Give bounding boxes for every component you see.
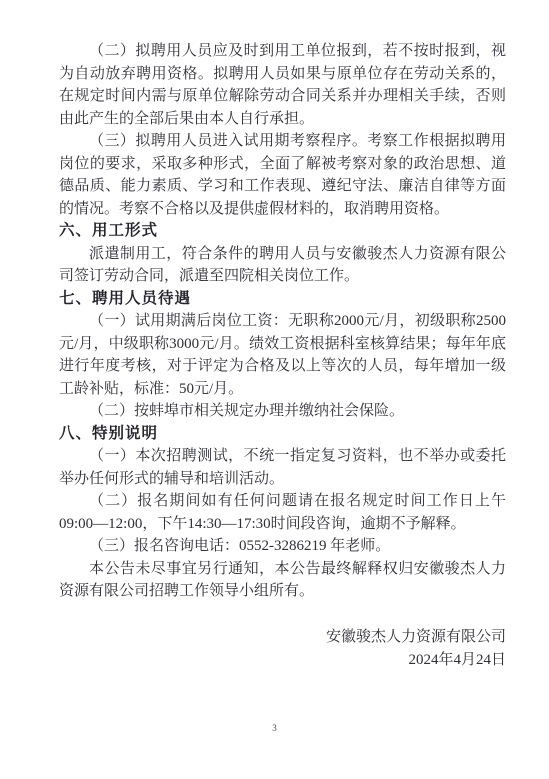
paragraph-dispatch-employment: 派遣制用工，符合条件的聘用人员与安徽骏杰人力资源有限公司签订劳动合同，派遣至四院… — [59, 243, 506, 288]
signature-block: 安徽骏杰人力资源有限公司 2024年4月24日 — [59, 626, 506, 672]
section-heading-employment-form: 六、用工形式 — [59, 220, 506, 243]
paragraph-no-training: （一）本次招聘测试，不统一指定复习资料，也不举办或委托举办任何形式的辅导和培训活… — [59, 445, 506, 490]
document-page: （二）拟聘用人员应及时到用工单位报到，若不按时报到，视为自动放弃聘用资格。拟聘用… — [0, 0, 549, 779]
paragraph-probation-inspection: （三）拟聘用人员进入试用期考察程序。考察工作根据拟聘用岗位的要求，采取多种形式，… — [59, 130, 506, 220]
paragraph-salary-details: （一）试用期满后岗位工资：无职称2000元/月，初级职称2500元/月，中级职称… — [59, 310, 506, 400]
paragraph-report-duty: （二）拟聘用人员应及时到用工单位报到，若不按时报到，视为自动放弃聘用资格。拟聘用… — [59, 40, 506, 130]
paragraph-consult-hours: （二）报名期间如有任何问题请在报名规定时间工作日上午09:00—12:00，下午… — [59, 490, 506, 535]
paragraph-consult-phone: （三）报名咨询电话：0552-3286219 年老师。 — [59, 535, 506, 558]
section-heading-special-notes: 八、特别说明 — [59, 423, 506, 446]
signature-company: 安徽骏杰人力资源有限公司 — [59, 626, 506, 649]
section-heading-compensation: 七、聘用人员待遇 — [59, 288, 506, 311]
page-number: 3 — [0, 723, 549, 733]
signature-date: 2024年4月24日 — [59, 649, 506, 672]
document-body: （二）拟聘用人员应及时到用工单位报到，若不按时报到，视为自动放弃聘用资格。拟聘用… — [59, 40, 506, 672]
paragraph-social-insurance: （二）按蚌埠市相关规定办理并缴纳社会保险。 — [59, 400, 506, 423]
paragraph-final-interpretation: 本公告未尽事宜另行通知，本公告最终解释权归安徽骏杰人力资源有限公司招聘工作领导小… — [59, 558, 506, 603]
